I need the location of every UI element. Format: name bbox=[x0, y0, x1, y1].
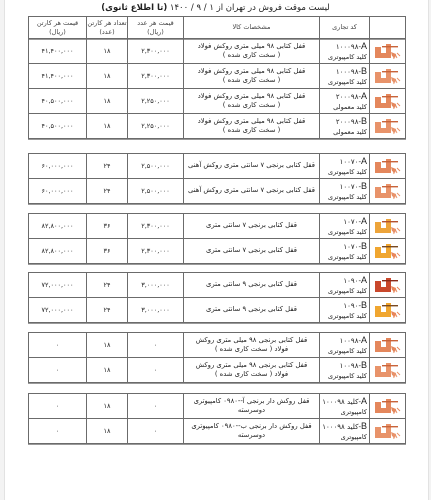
product-spec-cell: قفل کتابی برنجی ۹ سانتی متری bbox=[184, 273, 320, 298]
trade-code-cell: ۲۰۰۰۹۸-B کلید معمولی bbox=[320, 114, 370, 139]
trade-code: ۱۰۰۷۰-B bbox=[320, 180, 367, 193]
trade-code-cell: ۱۰۷۰-B کلید کامپیوتری bbox=[320, 239, 370, 264]
header-unit-price-sub: (ریال) bbox=[147, 28, 164, 36]
carton-qty-cell: ۲۴ bbox=[87, 273, 128, 298]
product-spec-cell: قفل کتابی ۹۸ میلی متری روکش فولاد( سخت ک… bbox=[184, 64, 320, 89]
key-type: کلید کامپیوتری bbox=[320, 347, 367, 356]
product-spec-line-2: فولاد ( سخت کاری شده ) bbox=[215, 345, 288, 353]
product-spec-line-1: قفل کتابی برنجی ۷ سانتی متری روکش آهنی bbox=[188, 186, 315, 194]
product-image-cell bbox=[370, 39, 406, 64]
trade-code-cell: ۱۰۷۰-A کلید کامپیوتری bbox=[320, 214, 370, 239]
product-image-cell bbox=[370, 419, 406, 444]
unit-price-cell: ۲,۳۰۰,۰۰۰ bbox=[128, 214, 184, 239]
carton-qty-cell: ۱۸ bbox=[87, 394, 128, 419]
product-spec-line-1: قفل کتابی ۹۸ میلی متری روکش فولاد bbox=[198, 42, 306, 50]
carton-price-cell: ۸۲,۸۰۰,۰۰۰ bbox=[29, 214, 87, 239]
product-spec-cell: قفل کتابی ۹۸ میلی متری روکش فولاد( سخت ک… bbox=[184, 89, 320, 114]
trade-code-letter: B bbox=[361, 421, 367, 431]
header-carton-qty-sub: (عدد) bbox=[99, 28, 114, 36]
product-row: ۱۰۰۷۰-A کلید کامپیوتری قفل کتابی برنجی ۷… bbox=[29, 154, 406, 179]
unit-price-cell: ۰ bbox=[128, 333, 184, 358]
trade-code-number: ۱۰۰۰۹۸- bbox=[336, 43, 361, 51]
key-type: کلید کامپیوتری bbox=[320, 312, 367, 321]
unit-price-cell: ۲,۵۰۰,۰۰۰ bbox=[128, 179, 184, 204]
trade-code-cell: کلید ۱۰۰۰۹۸-B کامپیوتری bbox=[320, 419, 370, 444]
header-unit-price: قیمت هر عدد(ریال) bbox=[128, 17, 184, 39]
trade-code-number: ۱۰۰۹۸- bbox=[340, 337, 361, 345]
trade-code-letter: B bbox=[361, 66, 367, 76]
product-spec-line-2: ( سخت کاری شده ) bbox=[223, 126, 280, 134]
product-spec-line-1: قفل کتابی برنجی ۹۸ میلی متری روکش bbox=[196, 361, 307, 369]
product-image-cell bbox=[370, 89, 406, 114]
key-type: کلید کامپیوتری bbox=[320, 372, 367, 381]
product-spec-line-1: قفل کتابی ۹۸ میلی متری روکش فولاد bbox=[198, 117, 306, 125]
key-type: کلید کامپیوتری bbox=[320, 253, 367, 262]
trade-code-number: ۲۰۰۰۹۸- bbox=[336, 118, 361, 126]
product-row: ۱۰۰۰۹۸-B کلید کامپیوتری قفل کتابی ۹۸ میل… bbox=[29, 64, 406, 89]
carton-price-cell: ۰ bbox=[29, 419, 87, 444]
header-unit-price-label: قیمت هر عدد bbox=[137, 19, 174, 27]
document-title: لیست موقت فروش در تهران از ۱ / ۹ / ۱۴۰۰ … bbox=[0, 3, 431, 13]
product-spec-line-1: قفل کتابی برنجی ۹ سانتی متری bbox=[206, 280, 297, 288]
unit-price-cell: ۰ bbox=[128, 394, 184, 419]
trade-code-cell: کلید ۱۰۰۰۹۸-A کامپیوتری bbox=[320, 394, 370, 419]
lock-product-icon bbox=[373, 275, 403, 295]
carton-price-cell: ۴۱,۴۰۰,۰۰۰ bbox=[29, 39, 87, 64]
trade-code-letter: B bbox=[361, 300, 367, 310]
key-type: کلید کامپیوتری bbox=[320, 53, 367, 62]
carton-qty-cell: ۱۸ bbox=[87, 114, 128, 139]
product-image-cell bbox=[370, 239, 406, 264]
carton-qty-cell: ۱۸ bbox=[87, 39, 128, 64]
lock-product-icon bbox=[373, 300, 403, 320]
header-carton-price-sub: (ریال) bbox=[49, 28, 66, 36]
product-spec-cell: قفل کتابی برنجی ۹۸ میلی متری روکشفولاد (… bbox=[184, 333, 320, 358]
carton-price-cell: ۴۰,۵۰۰,۰۰۰ bbox=[29, 114, 87, 139]
trade-code-prefix: کلید bbox=[345, 423, 359, 431]
product-group-table: ۱۰۰۹۸-A کلید کامپیوتری قفل کتابی برنجی ۹… bbox=[28, 332, 406, 383]
trade-code: ۱۰۹۰-A bbox=[320, 274, 367, 287]
product-row: ۱۰۰۰۹۸-A کلید کامپیوتری قفل کتابی ۹۸ میل… bbox=[29, 39, 406, 64]
product-image-cell bbox=[370, 358, 406, 383]
trade-code-number: ۱۰۰۰۹۸- bbox=[336, 68, 361, 76]
header-image bbox=[370, 17, 406, 39]
unit-price-cell: ۰ bbox=[128, 419, 184, 444]
product-spec-line-1: قفل کتابی برنجی ۷ سانتی متری bbox=[206, 221, 297, 229]
lock-product-icon bbox=[373, 116, 403, 136]
unit-price-cell: ۳,۰۰۰,۰۰۰ bbox=[128, 273, 184, 298]
trade-code-cell: ۱۰۰۷۰-A کلید کامپیوتری bbox=[320, 154, 370, 179]
product-spec-line-1: قفل کتابی برنجی ۹ سانتی متری bbox=[206, 305, 297, 313]
carton-qty-cell: ۱۸ bbox=[87, 358, 128, 383]
trade-code-cell: ۱۰۹۰-A کلید کامپیوتری bbox=[320, 273, 370, 298]
product-spec-line-1: قفل روکش دار برنجی آ--۰۹۸۰ کامپیوتری دوس… bbox=[194, 397, 310, 414]
product-spec-cell: قفل کتابی برنجی ۷ سانتی متری bbox=[184, 214, 320, 239]
trade-code-cell: ۱۰۰۹۸-A کلید کامپیوتری bbox=[320, 333, 370, 358]
trade-code-letter: A bbox=[361, 156, 367, 166]
trade-code-number: ۱۰۹۰- bbox=[343, 277, 361, 285]
trade-code-number: ۲۰۰۰۹۸- bbox=[336, 93, 361, 101]
product-spec-cell: قفل کتابی برنجی ۷ سانتی متری bbox=[184, 239, 320, 264]
carton-qty-cell: ۱۸ bbox=[87, 89, 128, 114]
key-type: کلید کامپیوتری bbox=[320, 287, 367, 296]
lock-product-icon bbox=[373, 66, 403, 86]
trade-code-letter: B bbox=[361, 241, 367, 251]
trade-code: ۲۰۰۰۹۸-A bbox=[320, 90, 367, 103]
unit-price-cell: ۲,۳۰۰,۰۰۰ bbox=[128, 64, 184, 89]
trade-code-cell: ۲۰۰۰۹۸-A کلید معمولی bbox=[320, 89, 370, 114]
lock-product-icon bbox=[373, 335, 403, 355]
product-group-table: ۱۰۰۰۹۸-A کلید کامپیوتری قفل کتابی ۹۸ میل… bbox=[28, 38, 406, 139]
carton-qty-cell: ۲۴ bbox=[87, 298, 128, 323]
product-image-cell bbox=[370, 154, 406, 179]
product-spec-line-2: ( سخت کاری شده ) bbox=[223, 51, 280, 59]
header-spec: مشخصات کالا bbox=[184, 17, 320, 39]
carton-price-cell: ۰ bbox=[29, 358, 87, 383]
trade-code-cell: ۱۰۹۰-B کلید کامپیوتری bbox=[320, 298, 370, 323]
carton-qty-cell: ۱۸ bbox=[87, 419, 128, 444]
trade-code: ۱۰۰۰۹۸-A bbox=[320, 40, 367, 53]
carton-qty-cell: ۲۴ bbox=[87, 179, 128, 204]
trade-code-cell: ۱۰۰۷۰-B کلید کامپیوتری bbox=[320, 179, 370, 204]
header-spec-label: مشخصات کالا bbox=[232, 23, 270, 31]
carton-qty-cell: ۱۸ bbox=[87, 64, 128, 89]
header-carton-qty: تعداد هر کارتن(عدد) bbox=[87, 17, 128, 39]
product-spec-cell: قفل کتابی برنجی ۷ سانتی متری روکش آهنی bbox=[184, 154, 320, 179]
product-row: کلید ۱۰۰۰۹۸-A کامپیوتری قفل روکش دار برن… bbox=[29, 394, 406, 419]
product-group-table: ۱۰۷۰-A کلید کامپیوتری قفل کتابی برنجی ۷ … bbox=[28, 213, 406, 264]
key-type: کلید کامپیوتری bbox=[320, 78, 367, 87]
product-spec-cell: قفل روکش دار برنجی آ--۰۹۸۰ کامپیوتری دوس… bbox=[184, 394, 320, 419]
header-row: کد تجاری مشخصات کالا قیمت هر عدد(ریال) ت… bbox=[29, 17, 406, 39]
product-group-table: ۱۰۰۷۰-A کلید کامپیوتری قفل کتابی برنجی ۷… bbox=[28, 153, 406, 204]
lock-product-icon bbox=[373, 41, 403, 61]
trade-code-cell: ۱۰۰۹۸-B کلید کامپیوتری bbox=[320, 358, 370, 383]
trade-code: کلید ۱۰۰۰۹۸-A bbox=[320, 395, 367, 408]
carton-price-cell: ۰ bbox=[29, 333, 87, 358]
trade-code-letter: A bbox=[361, 396, 367, 406]
trade-code-number: ۱۰۰۹۸- bbox=[340, 362, 361, 370]
trade-code: ۱۰۹۰-B bbox=[320, 299, 367, 312]
header-carton-qty-label: تعداد هر کارتن bbox=[87, 19, 126, 27]
product-row: کلید ۱۰۰۰۹۸-B کامپیوتری قفل روکش دار برن… bbox=[29, 419, 406, 444]
trade-code: ۲۰۰۰۹۸-B bbox=[320, 115, 367, 128]
carton-price-cell: ۶۰,۰۰۰,۰۰۰ bbox=[29, 154, 87, 179]
key-type: کلید کامپیوتری bbox=[320, 168, 367, 177]
product-spec-cell: قفل کتابی برنجی ۷ سانتی متری روکش آهنی bbox=[184, 179, 320, 204]
key-type: کامپیوتری bbox=[320, 433, 367, 442]
header-carton-price-label: قیمت هر کارتن bbox=[37, 19, 78, 27]
product-row: ۱۰۷۰-B کلید کامپیوتری قفل کتابی برنجی ۷ … bbox=[29, 239, 406, 264]
trade-code: ۱۰۰۹۸-B bbox=[320, 359, 367, 372]
key-type: کامپیوتری bbox=[320, 408, 367, 417]
trade-code: ۱۰۰۰۹۸-B bbox=[320, 65, 367, 78]
title-text: لیست موقت فروش در تهران از ۱ / ۹ / ۱۴۰۰ bbox=[170, 3, 330, 13]
lock-product-icon bbox=[373, 241, 403, 261]
product-spec-line-2: ( سخت کاری شده ) bbox=[223, 101, 280, 109]
product-row: ۱۰۰۹۸-A کلید کامپیوتری قفل کتابی برنجی ۹… bbox=[29, 333, 406, 358]
lock-product-icon bbox=[373, 360, 403, 380]
carton-price-cell: ۴۰,۵۰۰,۰۰۰ bbox=[29, 89, 87, 114]
unit-price-cell: ۲,۳۰۰,۰۰۰ bbox=[128, 239, 184, 264]
product-spec-line-1: قفل کتابی ۹۸ میلی متری روکش فولاد bbox=[198, 92, 306, 100]
product-spec-line-1: قفل کتابی برنجی ۷ سانتی متری bbox=[206, 246, 297, 254]
carton-qty-cell: ۳۶ bbox=[87, 239, 128, 264]
product-image-cell bbox=[370, 394, 406, 419]
key-type: کلید معمولی bbox=[320, 128, 367, 137]
product-row: ۲۰۰۰۹۸-B کلید معمولی قفل کتابی ۹۸ میلی م… bbox=[29, 114, 406, 139]
key-type: کلید کامپیوتری bbox=[320, 228, 367, 237]
product-image-cell bbox=[370, 179, 406, 204]
lock-product-icon bbox=[373, 396, 403, 416]
product-row: ۲۰۰۰۹۸-A کلید معمولی قفل کتابی ۹۸ میلی م… bbox=[29, 89, 406, 114]
product-row: ۱۰۰۷۰-B کلید کامپیوتری قفل کتابی برنجی ۷… bbox=[29, 179, 406, 204]
unit-price-cell: ۲,۲۵۰,۰۰۰ bbox=[128, 114, 184, 139]
product-spec-line-2: ( سخت کاری شده ) bbox=[223, 76, 280, 84]
product-row: ۱۰۹۰-A کلید کامپیوتری قفل کتابی برنجی ۹ … bbox=[29, 273, 406, 298]
product-image-cell bbox=[370, 298, 406, 323]
lock-product-icon bbox=[373, 156, 403, 176]
carton-price-cell: ۴۱,۴۰۰,۰۰۰ bbox=[29, 64, 87, 89]
product-spec-line-1: قفل روکش دار برنجی ب--۰۹۸۰ کامپیوتری دوس… bbox=[191, 422, 311, 439]
header-carton-price: قیمت هر کارتن(ریال) bbox=[29, 17, 87, 39]
product-image-cell bbox=[370, 214, 406, 239]
product-image-cell bbox=[370, 64, 406, 89]
product-group-table: ۱۰۹۰-A کلید کامپیوتری قفل کتابی برنجی ۹ … bbox=[28, 272, 406, 323]
trade-code-cell: ۱۰۰۰۹۸-B کلید کامپیوتری bbox=[320, 64, 370, 89]
carton-price-cell: ۰ bbox=[29, 394, 87, 419]
product-image-cell bbox=[370, 333, 406, 358]
lock-product-icon bbox=[373, 181, 403, 201]
carton-qty-cell: ۲۴ bbox=[87, 154, 128, 179]
key-type: کلید معمولی bbox=[320, 103, 367, 112]
product-row: ۱۰۹۰-B کلید کامپیوتری قفل کتابی برنجی ۹ … bbox=[29, 298, 406, 323]
product-spec-cell: قفل کتابی برنجی ۹ سانتی متری bbox=[184, 298, 320, 323]
product-spec-cell: قفل روکش دار برنجی ب--۰۹۸۰ کامپیوتری دوس… bbox=[184, 419, 320, 444]
unit-price-cell: ۲,۵۰۰,۰۰۰ bbox=[128, 154, 184, 179]
trade-code-letter: B bbox=[361, 116, 367, 126]
product-spec-line-1: قفل کتابی برنجی ۷ سانتی متری روکش آهنی bbox=[188, 161, 315, 169]
price-table-header: کد تجاری مشخصات کالا قیمت هر عدد(ریال) ت… bbox=[28, 16, 406, 39]
trade-code-letter: B bbox=[361, 360, 367, 370]
title-note: (تا اطلاع ثانوی) bbox=[101, 3, 167, 13]
product-group-table: کلید ۱۰۰۰۹۸-A کامپیوتری قفل روکش دار برن… bbox=[28, 393, 406, 444]
header-code-label: کد تجاری bbox=[332, 23, 357, 31]
trade-code-letter: A bbox=[361, 41, 367, 51]
header-code: کد تجاری bbox=[320, 17, 370, 39]
trade-code: ۱۰۷۰-A bbox=[320, 215, 367, 228]
product-spec-cell: قفل کتابی برنجی ۹۸ میلی متری روکشفولاد (… bbox=[184, 358, 320, 383]
unit-price-cell: ۳,۰۰۰,۰۰۰ bbox=[128, 298, 184, 323]
lock-product-icon bbox=[373, 91, 403, 111]
product-row: ۱۰۰۹۸-B کلید کامپیوتری قفل کتابی برنجی ۹… bbox=[29, 358, 406, 383]
trade-code-number: ۱۰۷۰- bbox=[343, 243, 361, 251]
lock-product-icon bbox=[373, 216, 403, 236]
carton-qty-cell: ۱۸ bbox=[87, 333, 128, 358]
trade-code-number: ۱۰۹۰- bbox=[343, 302, 361, 310]
product-spec-line-1: قفل کتابی ۹۸ میلی متری روکش فولاد bbox=[198, 67, 306, 75]
trade-code-letter: A bbox=[361, 335, 367, 345]
carton-price-cell: ۷۲,۰۰۰,۰۰۰ bbox=[29, 298, 87, 323]
key-type: کلید کامپیوتری bbox=[320, 193, 367, 202]
product-spec-line-2: فولاد ( سخت کاری شده ) bbox=[215, 370, 288, 378]
trade-code: ۱۰۰۷۰-A bbox=[320, 155, 367, 168]
trade-code: کلید ۱۰۰۰۹۸-B bbox=[320, 420, 367, 433]
trade-code-number: ۱۰۰۷۰- bbox=[340, 183, 361, 191]
product-spec-cell: قفل کتابی ۹۸ میلی متری روکش فولاد( سخت ک… bbox=[184, 39, 320, 64]
trade-code-letter: A bbox=[361, 216, 367, 226]
trade-code-number: ۱۰۷۰- bbox=[343, 218, 361, 226]
unit-price-cell: ۰ bbox=[128, 358, 184, 383]
trade-code: ۱۰۷۰-B bbox=[320, 240, 367, 253]
unit-price-cell: ۲,۲۵۰,۰۰۰ bbox=[128, 89, 184, 114]
lock-product-icon bbox=[373, 421, 403, 441]
trade-code-number: ۱۰۰۷۰- bbox=[340, 158, 361, 166]
carton-price-cell: ۷۲,۰۰۰,۰۰۰ bbox=[29, 273, 87, 298]
carton-qty-cell: ۳۶ bbox=[87, 214, 128, 239]
product-spec-cell: قفل کتابی ۹۸ میلی متری روکش فولاد( سخت ک… bbox=[184, 114, 320, 139]
product-row: ۱۰۷۰-A کلید کامپیوتری قفل کتابی برنجی ۷ … bbox=[29, 214, 406, 239]
product-image-cell bbox=[370, 114, 406, 139]
trade-code-letter: A bbox=[361, 91, 367, 101]
product-image-cell bbox=[370, 273, 406, 298]
product-spec-line-1: قفل کتابی برنجی ۹۸ میلی متری روکش bbox=[196, 336, 307, 344]
trade-code-cell: ۱۰۰۰۹۸-A کلید کامپیوتری bbox=[320, 39, 370, 64]
carton-price-cell: ۸۲,۸۰۰,۰۰۰ bbox=[29, 239, 87, 264]
trade-code-letter: A bbox=[361, 275, 367, 285]
trade-code: ۱۰۰۹۸-A bbox=[320, 334, 367, 347]
carton-price-cell: ۶۰,۰۰۰,۰۰۰ bbox=[29, 179, 87, 204]
trade-code-letter: B bbox=[361, 181, 367, 191]
unit-price-cell: ۲,۳۰۰,۰۰۰ bbox=[128, 39, 184, 64]
trade-code-prefix: کلید bbox=[345, 398, 359, 406]
